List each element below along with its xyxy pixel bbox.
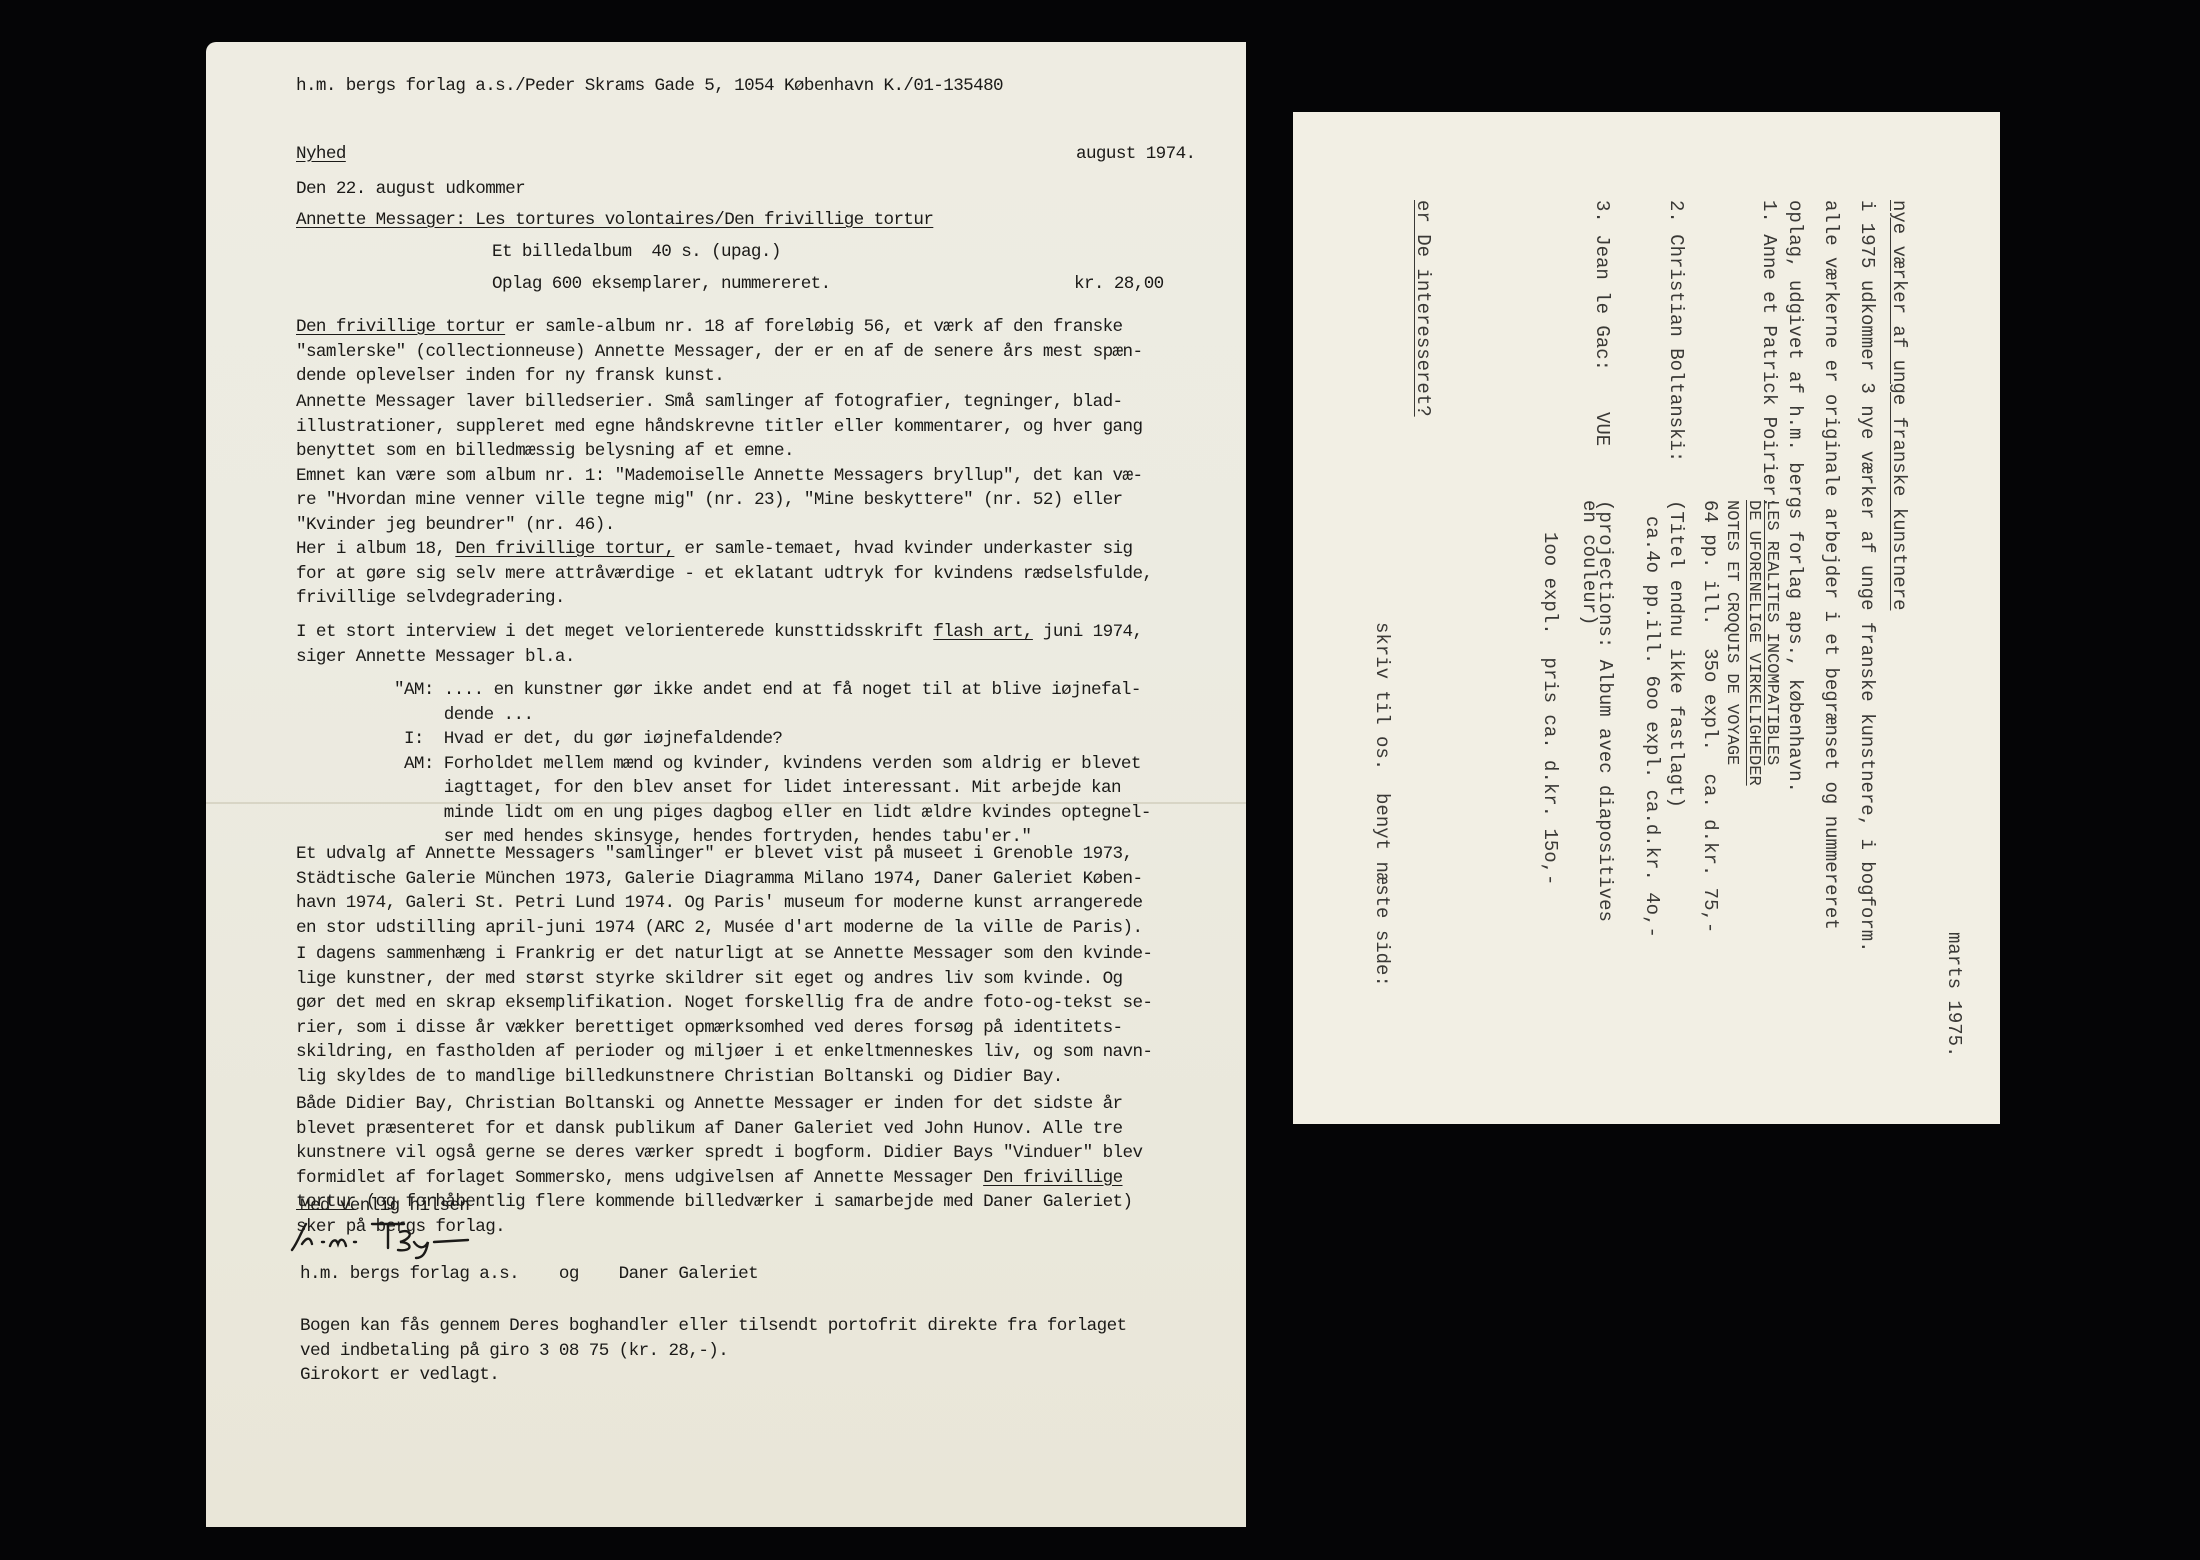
text: Både Didier Bay, Christian Boltanski og … — [296, 1094, 1123, 1114]
text: Annette Messager laver billedserier. Små… — [296, 392, 1123, 412]
signers: h.m. bergs forlag a.s. og Daner Galeriet — [300, 1262, 758, 1287]
title-ref: Den frivillige tortur — [296, 317, 505, 337]
text: I: Hvad er det, du gør iøjnefaldende? — [394, 729, 782, 749]
card-question: er De interesseret? — [1412, 200, 1434, 417]
text: Bogen kan fås gennem Deres boghandler el… — [300, 1316, 1127, 1336]
paragraph-5: I dagens sammenhæng i Frankrig er det na… — [296, 942, 1152, 1089]
text: DE UFORENELIGE VIRKELIGHEDER — [1744, 500, 1763, 786]
text: havn 1974, Galeri St. Petri Lund 1974. O… — [296, 893, 1142, 913]
text: AM: Forholdet mellem mænd og kvinder, kv… — [394, 754, 1141, 774]
text: Emnet kan være som album nr. 1: "Mademoi… — [296, 466, 1142, 486]
text: kunstnere vil også gerne se deres værker… — [296, 1143, 1142, 1163]
text: I dagens sammenhæng i Frankrig er det na… — [296, 944, 1152, 964]
spec-line-2: Oplag 600 eksemplarer, nummereret. — [492, 272, 831, 297]
text: lig skyldes de to mandlige billedkunstne… — [296, 1067, 1063, 1087]
text: frivillige selvdegradering. — [296, 588, 565, 608]
label-nyhed: Nyhed — [296, 142, 346, 167]
item-3-artist: 3. Jean le Gac: — [1591, 200, 1613, 371]
item-3-description: (projections: Album avec diapositives en… — [1581, 500, 1613, 922]
price: kr. 28,00 — [1074, 272, 1164, 297]
paragraph-4: Et udvalg af Annette Messagers "samlinge… — [296, 842, 1142, 940]
text: rier, som i disse år vækker berettiget o… — [296, 1018, 1123, 1038]
text: benyttet som en billedmæssig belysning a… — [296, 441, 794, 461]
card-footer: skriv til os. benyt næste side: — [1371, 622, 1393, 987]
text: blevet præsenteret for et dansk publikum… — [296, 1119, 1123, 1139]
card-heading: nye værker af unge franske kunstnere — [1888, 200, 1910, 610]
text: LES REALITES INCOMPATIBLES — [1762, 500, 1781, 765]
item-1-title: LES REALITES INCOMPATIBLES DE UFORENELIG… — [1744, 500, 1780, 786]
paragraph-3: I et stort interview i det meget velorie… — [296, 620, 1142, 669]
title-ref: Den frivillige — [983, 1168, 1122, 1188]
item-1-details: 64 pp. ill. 35o expl. ca. d.kr. 75,- — [1699, 500, 1721, 933]
text: formidlet af forlaget Sommersko, mens ud… — [296, 1168, 983, 1188]
text: er samle-temaet, hvad kvinder underkaste… — [674, 539, 1132, 559]
text: skildring, en fastholden af perioder og … — [296, 1042, 1152, 1062]
spec-line-1: Et billedalbum 40 s. (upag.) — [492, 240, 781, 265]
text: "samlerske" (collectionneuse) Annette Me… — [296, 342, 1142, 362]
item-2-title: (Titel endnu ikke fastlagt) — [1665, 500, 1687, 808]
item-3-title: VUE — [1591, 412, 1613, 446]
press-release-letter: h.m. bergs forlag a.s./Peder Skrams Gade… — [206, 42, 1246, 1527]
card-date: marts 1975. — [1943, 932, 1965, 1057]
text: (og forhåbentlig flere kommende billedvæ… — [356, 1192, 1133, 1212]
text: illustrationer, suppleret med egne hånds… — [296, 417, 1142, 437]
book-title: Annette Messager: Les tortures volontair… — [296, 208, 933, 233]
text: iagttaget, for den blev anset for lidet … — [394, 778, 1121, 798]
text: dende ... — [394, 705, 533, 725]
text: lige kunstner, der med størst styrke ski… — [296, 969, 1123, 989]
text: Et udvalg af Annette Messagers "samlinge… — [296, 844, 1132, 864]
text: juni 1974, — [1033, 622, 1143, 642]
text: Her i album 18, — [296, 539, 455, 559]
release-line: Den 22. august udkommer — [296, 177, 525, 202]
text: Girokort er vedlagt. — [300, 1365, 499, 1385]
text: alle værkerne er originale arbejder i et… — [1820, 200, 1842, 930]
text: i 1975 udkommer 3 nye værker af unge fra… — [1856, 200, 1878, 953]
text: ved indbetaling på giro 3 08 75 (kr. 28,… — [300, 1341, 728, 1361]
text: dende oplevelser inden for ny fransk kun… — [296, 366, 724, 386]
paragraph-1: Den frivillige tortur er samle-album nr.… — [296, 315, 1142, 389]
text: siger Annette Messager bl.a. — [296, 647, 575, 667]
magazine-ref: flash art, — [933, 622, 1033, 642]
letterhead: h.m. bergs forlag a.s./Peder Skrams Gade… — [296, 74, 1003, 99]
text: minde lidt om en ung piges dagbog eller … — [394, 803, 1151, 823]
text: "Kvinder jeg beundrer" (nr. 46). — [296, 515, 615, 535]
item-1-subtitle: NOTES ET CROQUIS DE VOYAGE — [1720, 500, 1742, 765]
order-info: Bogen kan fås gennem Deres boghandler el… — [300, 1314, 1127, 1388]
announcement-card: marts 1975. nye værker af unge franske k… — [1293, 112, 2000, 1124]
text: for at gøre sig selv mere attråværdige -… — [296, 564, 1152, 584]
closing: Med venlig hilsen — [300, 1194, 469, 1219]
title-ref: Den frivillige tortur, — [455, 539, 674, 559]
text: Städtische Galerie München 1973, Galerie… — [296, 869, 1142, 889]
text: "AM: .... en kunstner gør ikke andet end… — [394, 680, 1141, 700]
paragraph-2: Annette Messager laver billedserier. Små… — [296, 390, 1152, 611]
item-1-artist: 1. Anne et Patrick Poirier: — [1758, 200, 1780, 508]
text: gør det med en skrap eksemplifikation. N… — [296, 993, 1152, 1013]
text: re "Hvordan mine venner ville tegne mig"… — [296, 490, 1123, 510]
interview-quote: "AM: .... en kunstner gør ikke andet end… — [394, 678, 1151, 850]
item-2-artist: 2. Christian Boltanski: — [1665, 200, 1687, 462]
letter-date: august 1974. — [1076, 142, 1196, 167]
card-intro: i 1975 udkommer 3 nye værker af unge fra… — [1777, 200, 1885, 953]
text: en couleur) — [1578, 500, 1600, 625]
item-2-details: ca.4o pp.ill. 6oo expl. ca.d.kr. 4o,- — [1641, 516, 1663, 938]
signature — [288, 1220, 558, 1260]
text: er samle-album nr. 18 af foreløbig 56, e… — [505, 317, 1122, 337]
text: oplag, udgivet af h.m. bergs forlag aps.… — [1784, 200, 1806, 793]
item-3-details: 1oo expl. pris ca. d.kr. 15o,- — [1539, 532, 1561, 885]
text: I et stort interview i det meget velorie… — [296, 622, 933, 642]
text: en stor udstilling april-juni 1974 (ARC … — [296, 918, 1142, 938]
